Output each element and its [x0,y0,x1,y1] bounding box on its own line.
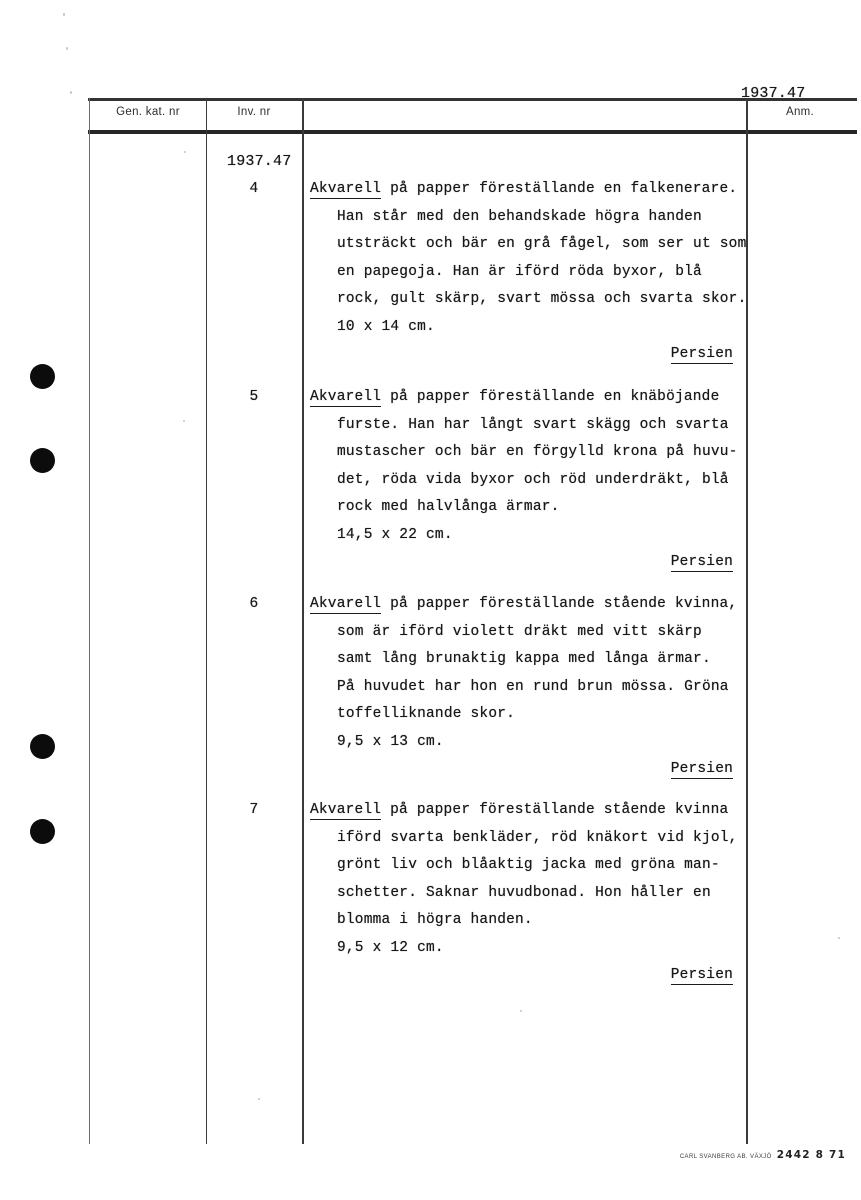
entry-lead-word: Akvarell [310,802,381,820]
entry-line: Akvarell på papper föreställande en falk… [310,176,752,204]
entry-dimensions: 9,5 x 12 cm. [337,935,752,963]
entry-line-text: på papper föreställande stående kvinna, [381,596,737,612]
entry-origin-line: Persien [310,962,752,990]
entry-number: 4 [206,176,302,204]
entry-line: toffelliknande skor. [337,701,752,729]
entry-line: Han står med den behandskade högra hande… [337,204,752,232]
scan-artifact [66,47,68,50]
entry-number: 6 [206,591,302,619]
catalog-entry: Akvarell på papper föreställande stående… [310,591,752,784]
entry-line: rock, gult skärp, svart mössa och svarta… [337,286,752,314]
entry-lead-word: Akvarell [310,181,381,199]
scan-artifact [430,475,432,477]
column-header-gen-kat-nr: Gen. kat. nr [90,106,206,118]
scan-artifact [520,1010,522,1012]
scan-artifact [258,1098,260,1100]
catalog-entry: Akvarell på papper föreställande en falk… [310,176,752,369]
scan-artifact [183,420,185,422]
entry-line: På huvudet har hon en rund brun mössa. G… [337,674,752,702]
entry-origin: Persien [671,346,733,364]
table-column-divider-1 [206,98,208,1144]
scan-artifact [838,937,840,939]
entry-number: 7 [206,797,302,825]
entry-line-text: på papper föreställande en knäböjande [381,389,719,405]
entry-line: rock med halvlånga ärmar. [337,494,752,522]
entry-origin-line: Persien [310,549,752,577]
entry-line-text: på papper föreställande en falkenerare. [381,181,737,197]
entry-line: en papegoja. Han är iförd röda byxor, bl… [337,259,752,287]
scan-artifact [63,13,65,16]
entry-origin-line: Persien [310,756,752,784]
table-header-separator [88,130,857,134]
entry-dimensions: 9,5 x 13 cm. [337,729,752,757]
entry-line-text: på papper föreställande stående kvinna [381,802,728,818]
entry-line: schetter. Saknar huvudbonad. Hon håller … [337,880,752,908]
column-header-inv-nr: Inv. nr [206,106,302,118]
entry-lead-word: Akvarell [310,596,381,614]
printer-name: CARL SVANBERG AB. VÄXJÖ [680,1154,772,1160]
entry-line: utsträckt och bär en grå fågel, som ser … [337,231,752,259]
entry-line: Akvarell på papper föreställande en knäb… [310,384,752,412]
catalog-scan-page: 1937.47 Gen. kat. nr Inv. nr Anm. 1937.4… [0,0,861,1200]
printer-imprint: CARL SVANBERG AB. VÄXJÖ 2442 8 71 [680,1149,846,1161]
entry-line: det, röda vida byxor och röd underdräkt,… [337,467,752,495]
column-header-anm: Anm. [747,106,853,118]
table-border-top [88,98,857,101]
entry-line: Akvarell på papper föreställande stående… [310,591,752,619]
punch-hole [30,364,55,389]
entry-line: som är iförd violett dräkt med vitt skär… [337,619,752,647]
entry-origin: Persien [671,967,733,985]
catalog-entry: Akvarell på papper föreställande stående… [310,797,752,990]
entry-origin-line: Persien [310,341,752,369]
table-column-divider-2 [302,98,304,1144]
entry-number: 5 [206,384,302,412]
entry-dimensions: 10 x 14 cm. [337,314,752,342]
table-border-left [89,98,90,1144]
entry-lead-word: Akvarell [310,389,381,407]
scan-artifact [184,151,186,153]
entry-dimensions: 14,5 x 22 cm. [337,522,752,550]
entry-line: blomma i högra handen. [337,907,752,935]
punch-hole [30,734,55,759]
entry-line: samt lång brunaktig kappa med långa ärma… [337,646,752,674]
page-number: 1937.47 [741,80,805,108]
scan-artifact [70,91,72,94]
entry-origin: Persien [671,761,733,779]
punch-hole [30,448,55,473]
print-code: 2442 8 71 [777,1149,846,1161]
inventory-year-number: 1937.47 [227,148,291,176]
punch-hole [30,819,55,844]
catalog-entry: Akvarell på papper föreställande en knäb… [310,384,752,577]
entry-line: furste. Han har långt svart skägg och sv… [337,412,752,440]
entry-line: mustascher och bär en förgylld krona på … [337,439,752,467]
entry-line: iförd svarta benkläder, röd knäkort vid … [337,825,752,853]
entry-origin: Persien [671,554,733,572]
entry-line: Akvarell på papper föreställande stående… [310,797,752,825]
entry-line: grönt liv och blåaktig jacka med gröna m… [337,852,752,880]
